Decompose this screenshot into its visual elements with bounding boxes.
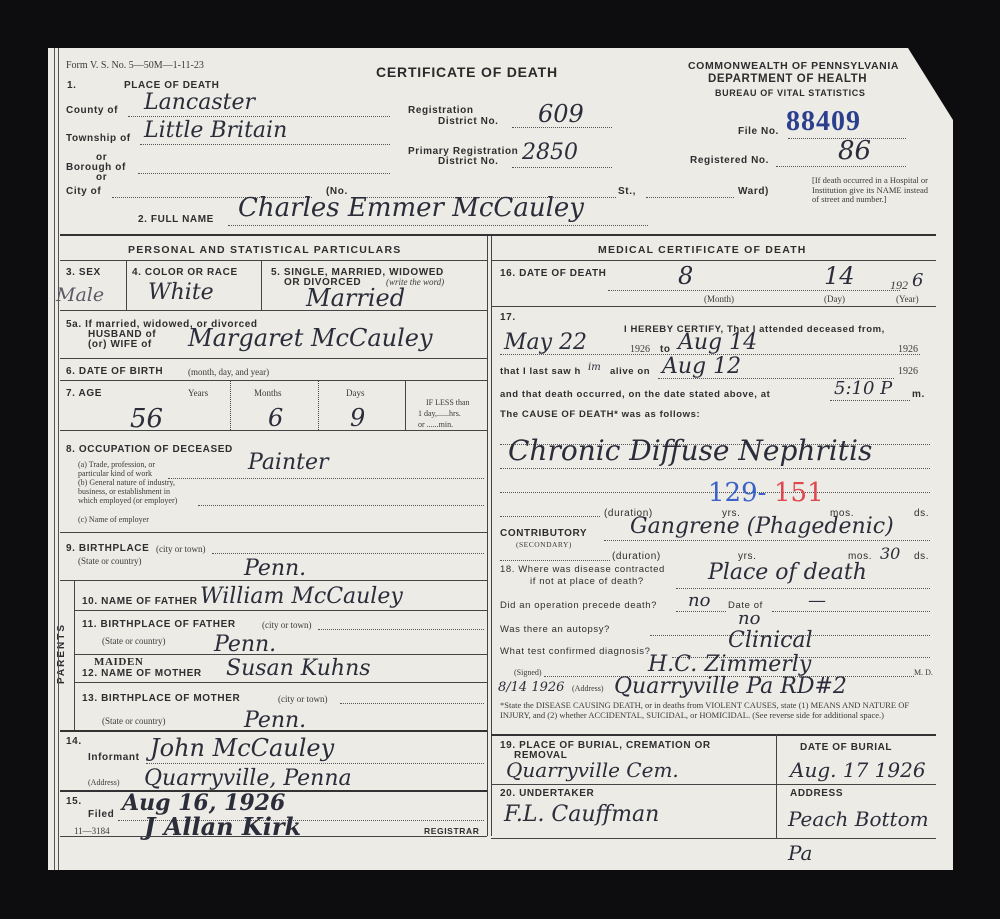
maiden-label: MAIDEN	[94, 656, 143, 668]
item-number-14: 14.	[66, 736, 82, 747]
last-saw-pronoun: im	[588, 362, 601, 373]
registered-number: 86	[838, 136, 871, 166]
days-label: Days	[346, 388, 365, 398]
father-birthplace-label: 11. BIRTHPLACE OF FATHER	[82, 619, 236, 630]
issuer-line-2: DEPARTMENT OF HEALTH	[708, 73, 867, 85]
registration-district-label: District No.	[438, 116, 499, 127]
race-label: 4. COLOR OR RACE	[132, 267, 238, 278]
attended-to: Aug 14	[678, 330, 757, 355]
county-value: Lancaster	[144, 90, 255, 115]
less-than-day-note: IF LESS than	[426, 398, 470, 407]
mother-birthplace-label: 13. BIRTHPLACE OF MOTHER	[82, 693, 240, 704]
occupation-b-label: business, or establishment in	[78, 487, 170, 496]
years-label: Years	[188, 388, 208, 398]
md-label: M. D.	[914, 668, 933, 677]
parents-label: PARENTS	[56, 623, 67, 684]
physician-address: Quarryville Pa RD#2	[614, 674, 847, 699]
less-than-day-min: or ......min.	[418, 420, 453, 429]
duration-label: (duration)	[612, 551, 661, 562]
registered-number-label: Registered No.	[690, 155, 769, 166]
street-label: St.,	[618, 186, 636, 197]
birthplace-label: 9. BIRTHPLACE	[66, 543, 149, 554]
sex-label: 3. SEX	[66, 267, 101, 278]
contributory-label: CONTRIBUTORY	[500, 528, 587, 539]
last-saw-date: Aug 12	[662, 354, 741, 379]
mother-birthplace-state-label: (State or country)	[102, 716, 165, 726]
occupation-label: 8. OCCUPATION OF DECEASED	[66, 444, 233, 455]
day-label: (Day)	[824, 294, 845, 304]
spouse-value: Margaret McCauley	[188, 324, 433, 352]
dod-month: 8	[678, 262, 693, 290]
dod-year-prefix: 192	[890, 278, 908, 293]
classification-code-red: 151	[774, 478, 824, 508]
cause-label: The CAUSE OF DEATH* was as follows:	[500, 409, 700, 420]
hospital-note: [If death occurred in a Hospital or Inst…	[812, 176, 928, 205]
dod-day: 14	[824, 262, 855, 290]
issuer-line-1: COMMONWEALTH OF PENNSYLVANIA	[688, 60, 899, 72]
operation-label: Did an operation precede death?	[500, 600, 657, 611]
contracted-value: Place of death	[708, 560, 867, 585]
document-title: CERTIFICATE OF DEATH	[376, 64, 558, 80]
signed-date: 8/14 1926	[498, 680, 564, 695]
primary-registration-label: District No.	[438, 156, 499, 167]
alive-on-label: alive on	[610, 366, 650, 377]
father-label: 10. NAME OF FATHER	[82, 596, 198, 607]
burial-place-value: Quarryville Cem.	[506, 758, 679, 782]
occupation-value: Painter	[248, 450, 329, 475]
form-number: Form V. S. No. 5—50M—1-11-23	[66, 60, 204, 71]
last-saw-year: 1926	[898, 366, 918, 377]
death-certificate: Form V. S. No. 5—50M—1-11-23 CERTIFICATE…	[48, 48, 953, 870]
occupation-a-label: particular kind of work	[78, 469, 152, 478]
or-label: or	[96, 172, 107, 183]
attended-to-year: 1926	[898, 344, 918, 355]
physician-address-label: (Address)	[572, 684, 604, 693]
test-label: What test confirmed diagnosis?	[500, 646, 651, 657]
dob-note: (month, day, and year)	[188, 367, 269, 377]
occupation-a-label: (a) Trade, profession, or	[78, 460, 155, 469]
registration-district-label: Registration	[408, 105, 474, 116]
medical-heading: MEDICAL CERTIFICATE OF DEATH	[598, 244, 807, 256]
undertaker-address-value: Peach Bottom Pa	[788, 802, 948, 870]
months-label: Months	[254, 388, 282, 398]
year-label: (Year)	[896, 294, 919, 304]
informant-value: John McCauley	[150, 734, 334, 762]
cause-value: Chronic Diffuse Nephritis	[508, 434, 872, 467]
item-number-15: 15.	[66, 796, 82, 807]
stock-number: 11—3184	[74, 826, 110, 836]
informant-label: Informant	[88, 752, 140, 763]
age-days: 9	[350, 404, 365, 432]
contracted-label: if not at place of death?	[530, 576, 644, 587]
undertaker-value: F.L. Cauffman	[504, 802, 659, 827]
burial-date-value: Aug. 17 1926	[790, 758, 926, 782]
autopsy-label: Was there an autopsy?	[500, 624, 610, 635]
township-value: Little Britain	[144, 118, 287, 143]
registration-district-value: 609	[538, 100, 584, 128]
spouse-label: (or) WIFE of	[88, 339, 152, 350]
filed-label: Filed	[88, 809, 114, 820]
death-time: 5:10 P	[834, 378, 892, 399]
classification-code-blue: 129-	[708, 478, 766, 508]
autopsy-value: no	[738, 608, 760, 629]
occupation-b-label: (b) General nature of industry,	[78, 478, 175, 487]
mother-value: Susan Kuhns	[226, 656, 371, 681]
race-value: White	[148, 280, 214, 305]
full-name-label: 2. FULL NAME	[138, 214, 214, 225]
informant-address-label: (Address)	[88, 778, 120, 787]
father-value: William McCauley	[200, 584, 403, 609]
undertaker-label: 20. UNDERTAKER	[500, 788, 594, 799]
attended-from-year: 1926	[630, 344, 650, 355]
signed-label: (Signed)	[514, 668, 542, 677]
month-label: (Month)	[704, 294, 734, 304]
ward-label: Ward)	[738, 186, 769, 197]
contributory-months: 30	[880, 544, 900, 563]
less-than-day-hrs: 1 day,......hrs.	[418, 409, 461, 418]
dod-year-suffix: 6	[912, 270, 923, 291]
age-months: 6	[268, 404, 283, 432]
issuer-line-3: BUREAU OF VITAL STATISTICS	[715, 88, 865, 98]
occupation-b-label: which employed (or employer)	[78, 496, 177, 505]
primary-registration-value: 2850	[522, 140, 578, 165]
secondary-label: (SECONDARY)	[516, 540, 572, 549]
father-birthplace-note: (city or town)	[262, 620, 312, 630]
mother-birthplace-note: (city or town)	[278, 694, 328, 704]
township-label: Township of	[66, 133, 131, 144]
item-number-1: 1.	[67, 80, 77, 91]
dob-label: 6. DATE OF BIRTH	[66, 366, 163, 377]
occupation-c-label: (c) Name of employer	[78, 515, 149, 524]
age-label: 7. AGE	[66, 388, 102, 399]
personal-heading: PERSONAL AND STATISTICAL PARTICULARS	[128, 244, 401, 256]
cause-footnote: *State the DISEASE CAUSING DEATH, or in …	[500, 700, 930, 720]
operation-value: no	[688, 590, 710, 611]
undertaker-address-label: ADDRESS	[790, 788, 843, 799]
birthplace-note: (city or town)	[156, 544, 206, 554]
marital-value: Married	[306, 284, 405, 312]
meridiem-label: m.	[912, 389, 925, 400]
birthplace-value: Penn.	[244, 556, 306, 581]
dod-label: 16. DATE OF DEATH	[500, 268, 607, 279]
attended-from: May 22	[504, 330, 587, 355]
contracted-label: 18. Where was disease contracted	[500, 564, 665, 575]
mother-label: 12. NAME OF MOTHER	[82, 668, 202, 679]
registrar-label: REGISTRAR	[424, 826, 479, 836]
birthplace-state-label: (State or country)	[78, 556, 141, 566]
father-birthplace-state-label: (State or country)	[102, 636, 165, 646]
file-number-label: File No.	[738, 126, 779, 137]
item-number-17: 17.	[500, 312, 516, 323]
burial-date-label: DATE OF BURIAL	[800, 742, 892, 753]
days-label: ds.	[914, 551, 929, 562]
contributory-value: Gangrene (Phagedenic)	[630, 514, 894, 539]
sex-value: Male	[56, 284, 104, 306]
operation-date-value: —	[808, 590, 826, 611]
county-label: County of	[66, 105, 118, 116]
file-number: 88409	[786, 106, 861, 138]
days-label: ds.	[914, 508, 929, 519]
full-name-value: Charles Emmer McCauley	[238, 193, 584, 223]
last-saw-label: that I last saw h	[500, 366, 581, 377]
death-time-label: and that death occurred, on the date sta…	[500, 389, 770, 400]
informant-address-value: Quarryville, Penna	[144, 766, 352, 791]
test-value: Clinical	[728, 628, 813, 653]
city-label: City of	[66, 186, 101, 197]
